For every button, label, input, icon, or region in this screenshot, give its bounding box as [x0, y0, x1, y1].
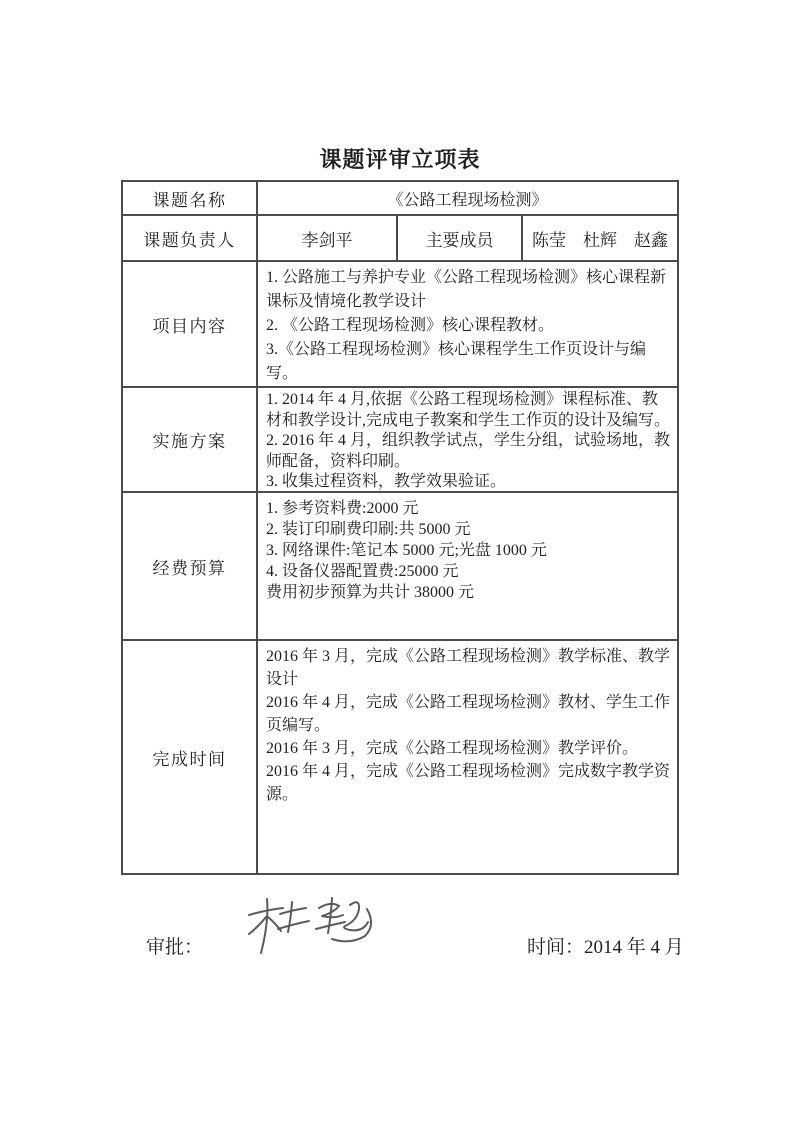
budget-value: 1. 参考资料费:2000 元 2. 装订印刷费印刷:共 5000 元 3. 网…	[258, 493, 677, 639]
completion-time-value: 2016 年 3 月，完成《公路工程现场检测》教学标准、教学设计 2016 年 …	[258, 641, 677, 873]
main-members-value: 陈莹 杜辉 赵鑫	[523, 216, 677, 260]
project-name-label: 课题名称	[123, 182, 258, 214]
table-row-budget: 经费预算 1. 参考资料费:2000 元 2. 装订印刷费印刷:共 5000 元…	[123, 493, 677, 641]
completion-time-label: 完成时间	[123, 641, 258, 873]
implementation-plan-label: 实施方案	[123, 388, 258, 491]
project-leader-label: 课题负责人	[123, 216, 258, 260]
project-approval-table: 课题名称 《公路工程现场检测》 课题负责人 李剑平 主要成员 陈莹 杜辉 赵鑫 …	[121, 180, 679, 875]
table-row-project-leader: 课题负责人 李剑平 主要成员 陈莹 杜辉 赵鑫	[123, 216, 677, 262]
budget-label: 经费预算	[123, 493, 258, 639]
main-members-label: 主要成员	[398, 216, 523, 260]
approval-label: 审批：	[146, 932, 203, 959]
implementation-plan-value: 1. 2014 年 4 月,依据《公路工程现场检测》课程标准、教材和教学设计,完…	[258, 388, 677, 491]
table-row-implementation-plan: 实施方案 1. 2014 年 4 月,依据《公路工程现场检测》课程标准、教材和教…	[123, 388, 677, 493]
table-row-project-content: 项目内容 1. 公路施工与养护专业《公路工程现场检测》核心课程新课标及情境化教学…	[123, 262, 677, 388]
table-row-project-name: 课题名称 《公路工程现场检测》	[123, 182, 677, 216]
page-title: 课题评审立项表	[0, 143, 800, 174]
project-content-label: 项目内容	[123, 262, 258, 386]
table-row-completion-time: 完成时间 2016 年 3 月，完成《公路工程现场检测》教学标准、教学设计 20…	[123, 641, 677, 873]
project-leader-value: 李剑平	[258, 216, 398, 260]
document-page: 课题评审立项表 课题名称 《公路工程现场检测》 课题负责人 李剑平 主要成员 陈…	[0, 0, 800, 1131]
project-name-value: 《公路工程现场检测》	[258, 182, 677, 214]
handwritten-signature	[236, 880, 384, 954]
project-content-value: 1. 公路施工与养护专业《公路工程现场检测》核心课程新课标及情境化教学设计 2.…	[258, 262, 677, 386]
time-label: 时间：2014 年 4 月	[527, 932, 684, 959]
